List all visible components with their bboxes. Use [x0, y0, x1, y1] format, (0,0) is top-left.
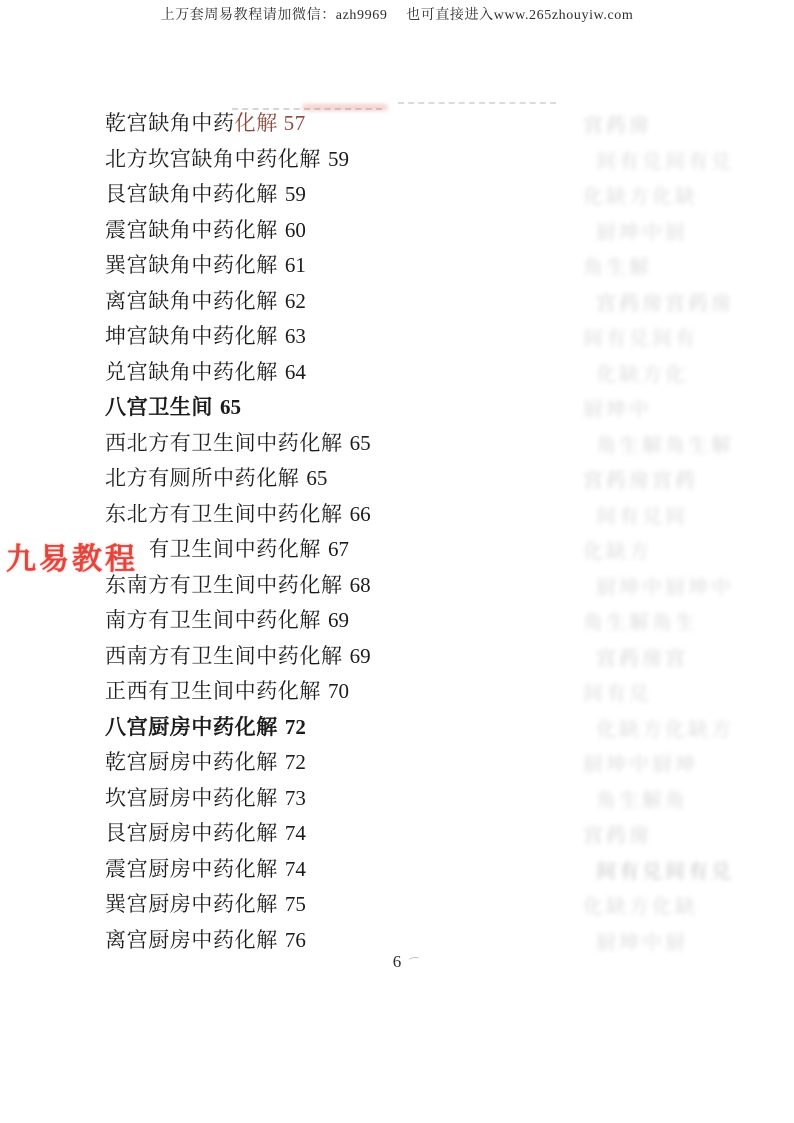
toc-entry-title: 北方有厕所中药化解 — [105, 466, 299, 490]
toc-entry-title: 北方坎宫缺角中药化解 — [105, 147, 321, 171]
bleedthrough-text: 厨坤中厨坤中 — [596, 571, 734, 600]
toc-entry-title: 东南方有卫生间中药化解 — [105, 573, 343, 597]
toc-entry-page: 61 — [285, 253, 306, 277]
toc-entry-title: 离宫缺角中药化解 — [105, 289, 278, 313]
toc-entry-title: 巽宫缺角中药化解 — [105, 253, 278, 277]
toc-entry-page: 64 — [285, 360, 306, 384]
toc-entry-title-tail: 化解 57 — [235, 111, 306, 135]
bleedthrough-text: 宫药房宫药 — [583, 464, 698, 493]
toc-entry-page: 65 — [350, 431, 371, 455]
toc-entry-page: 68 — [350, 573, 371, 597]
toc-entry-page: 60 — [285, 218, 306, 242]
bleedthrough-text: 化缺方 — [583, 535, 652, 564]
toc-entry-title: 巽宫厨房中药化解 — [105, 892, 278, 916]
toc-entry-title: 离宫厨房中药化解 — [105, 928, 278, 952]
toc-entry-page: 76 — [285, 928, 306, 952]
toc-entry: 艮宫缺角中药化解59 — [105, 177, 371, 213]
toc-entry-page: 75 — [285, 892, 306, 916]
toc-entry-title: 震宫厨房中药化解 — [105, 857, 278, 881]
toc-entry: 离宫缺角中药化解62 — [105, 284, 371, 320]
bleedthrough-text: 厨坤中厨 — [596, 926, 688, 955]
toc-entry-page: 73 — [285, 786, 306, 810]
bleedthrough-text: 间有兑间有兑 — [596, 145, 734, 174]
toc-entry-title: 震宫缺角中药化解 — [105, 218, 278, 242]
toc-entry-title: 乾宫厨房中药化解 — [105, 750, 278, 774]
toc-entry: 东南方有卫生间中药化解68 — [105, 568, 371, 604]
toc-entry: 北方有厕所中药化解65 — [105, 461, 371, 497]
toc-entry: 西南方有卫生间中药化解69 — [105, 639, 371, 675]
toc-entry-page: 74 — [285, 821, 306, 845]
toc-entry-page: 59 — [328, 147, 349, 171]
toc-entry-title: 兑宫缺角中药化解 — [105, 360, 278, 384]
toc-entry-title: 八宫卫生间 — [105, 395, 213, 419]
bleedthrough-text: 厨坤中厨坤 — [583, 748, 698, 777]
bleedthrough-text: 宫药房 — [583, 109, 652, 138]
toc-entry-title: 艮宫缺角中药化解 — [105, 182, 278, 206]
bleedthrough-text: 宫药房宫 — [596, 642, 688, 671]
faded-dash-line — [398, 102, 556, 104]
toc-entry: 正西有卫生间中药化解70 — [105, 674, 371, 710]
bleedthrough-text: 角生解角生 — [583, 606, 698, 635]
toc-entry: 南方有卫生间中药化解69 — [105, 603, 371, 639]
bleedthrough-text: 间有兑间有 — [583, 322, 698, 351]
bleedthrough-text: 角生解角生解 — [596, 429, 734, 458]
toc-entry-page: 67 — [328, 537, 349, 561]
toc-entry-title: 艮宫厨房中药化解 — [105, 821, 278, 845]
bleedthrough-text: 宫药房宫药房 — [596, 287, 734, 316]
toc-entry: 艮宫厨房中药化解74 — [105, 816, 371, 852]
page-number: 6 — [0, 952, 794, 972]
bleedthrough-text: 间有兑间 — [596, 500, 688, 529]
toc-entry: 北方坎宫缺角中药化解59 — [105, 142, 371, 178]
toc-entry-page: 59 — [285, 182, 306, 206]
toc-entry-title: 乾宫缺角中药 — [105, 111, 235, 135]
toc-entry: 坎宫厨房中药化解73 — [105, 781, 371, 817]
watermark-text: 九易教程 — [6, 545, 138, 575]
toc-entry: 西北方有卫生间中药化解65 — [105, 426, 371, 462]
toc-entry: 乾宫缺角中药化解 57 — [105, 106, 371, 142]
toc-entry: 八宫卫生间65 — [105, 390, 371, 426]
bleedthrough-text: 间有兑 — [583, 677, 652, 706]
toc-entry-title: 西南方有卫生间中药化解 — [105, 644, 343, 668]
bleedthrough-text: 角生解 — [583, 251, 652, 280]
toc-entry: 震宫缺角中药化解60 — [105, 213, 371, 249]
bleedthrough-text: 厨坤中厨 — [596, 216, 688, 245]
toc-entry: 震宫厨房中药化解74 — [105, 852, 371, 888]
toc-entry-page: 65 — [306, 466, 327, 490]
scanned-document-page: { "page": { "header": "上万套周易教程请加微信：azh99… — [0, 0, 794, 1123]
toc-entry-title: 八宫厨房中药化解 — [105, 715, 278, 739]
bleedthrough-text: 厨坤中 — [583, 393, 652, 422]
toc-entry-page: 69 — [328, 608, 349, 632]
toc-entry-title: 东北方有卫生间中药化解 — [105, 502, 343, 526]
toc-entry: 东北方有卫生间中药化解66 — [105, 497, 371, 533]
toc-entry: 乾宫厨房中药化解72 — [105, 745, 371, 781]
toc-entry-page: 74 — [285, 857, 306, 881]
toc-entry: 坤宫缺角中药化解63 — [105, 319, 371, 355]
bleedthrough-text: 化缺方化缺方 — [596, 713, 734, 742]
toc-entry: 八宫厨房中药化解72 — [105, 710, 371, 746]
toc-list: 乾宫缺角中药化解 57北方坎宫缺角中药化解59艮宫缺角中药化解59震宫缺角中药化… — [105, 106, 371, 958]
toc-entry-title: 正西有卫生间中药化解 — [105, 679, 321, 703]
page-header: 上万套周易教程请加微信：azh9969 也可直接进入www.265zhouyiw… — [0, 4, 794, 24]
toc-entry-title: 南方有卫生间中药化解 — [105, 608, 321, 632]
toc-entry-page: 72 — [285, 715, 306, 739]
toc-entry-title: 坤宫缺角中药化解 — [105, 324, 278, 348]
toc-entry: 兑宫缺角中药化解64 — [105, 355, 371, 391]
bleedthrough-text: 角生解角 — [596, 784, 688, 813]
bleedthrough-text: 化缺方化缺 — [583, 890, 698, 919]
bleedthrough-text: 宫药房 — [583, 819, 652, 848]
toc-entry-title: 坎宫厨房中药化解 — [105, 786, 278, 810]
toc-entry-page: 63 — [285, 324, 306, 348]
toc-entry-page: 72 — [285, 750, 306, 774]
bleedthrough-text: 化缺方化缺 — [583, 180, 698, 209]
toc-entry-page: 66 — [350, 502, 371, 526]
bleedthrough-text: 化缺方化 — [596, 358, 688, 387]
toc-entry-page: 69 — [350, 644, 371, 668]
toc-entry-title: 西北方有卫生间中药化解 — [105, 431, 343, 455]
toc-entry: 巽宫厨房中药化解75 — [105, 887, 371, 923]
toc-entry-page: 62 — [285, 289, 306, 313]
toc-entry: 巽宫缺角中药化解61 — [105, 248, 371, 284]
toc-entry-page: 70 — [328, 679, 349, 703]
toc-entry-page: 65 — [220, 395, 241, 419]
header-note-text: 上万套周易教程请加微信：azh9969 也可直接进入www.265zhouyiw… — [161, 8, 634, 23]
bleedthrough-text: 间有兑间有兑 — [596, 855, 734, 884]
